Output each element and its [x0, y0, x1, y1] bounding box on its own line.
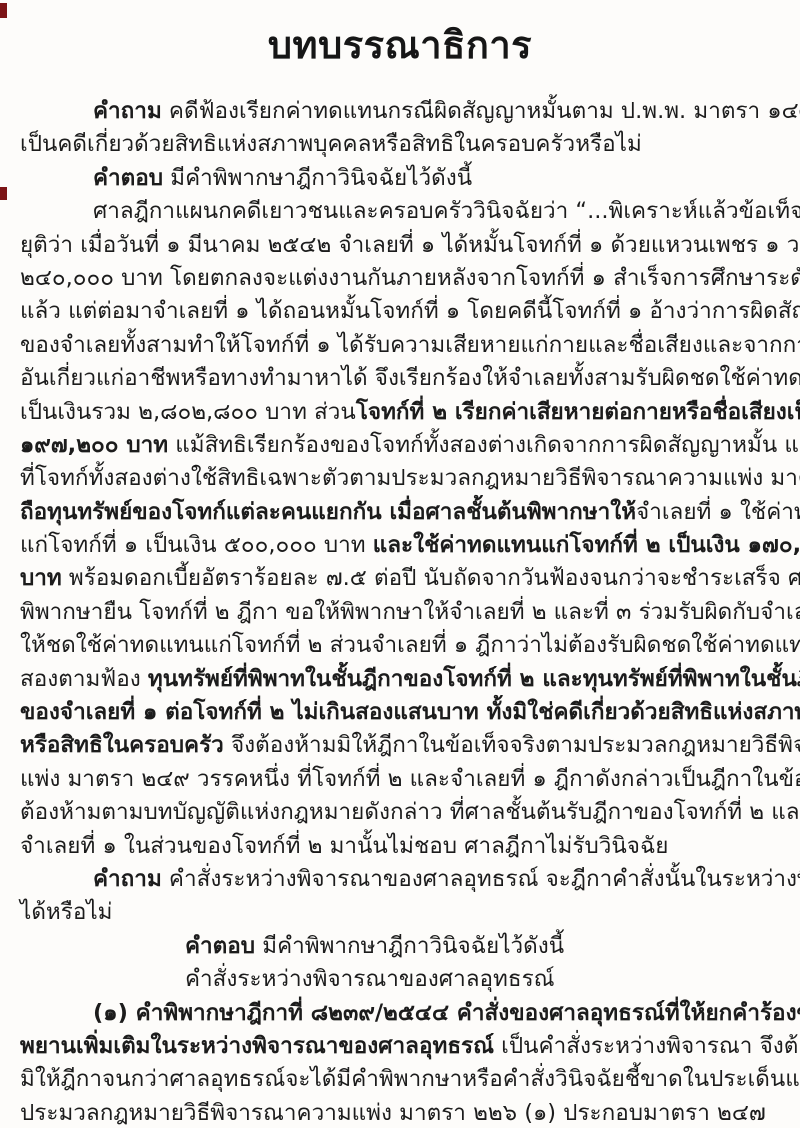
text-line: พยานเพิ่มเติมในระหว่างพิจารณาของศาลอุทธร…: [20, 1030, 786, 1063]
text-line: ประมวลกฎหมายวิธีพิจารณาความแพ่ง มาตรา ๒๒…: [20, 1097, 786, 1128]
text-line: ของจำเลยทั้งสามทำให้โจทก์ที่ ๑ ได้รับควา…: [20, 329, 786, 362]
bold-text-segment: คำถาม: [93, 866, 162, 892]
text-segment: เป็นเงินรวม ๒,๘๐๒,๘๐๐ บาท ส่วน: [20, 399, 356, 425]
text-line: มิให้ฎีกาจนกว่าศาลอุทธรณ์จะได้มีคำพิพากษ…: [20, 1063, 786, 1096]
text-line: เป็นเงินรวม ๒,๘๐๒,๘๐๐ บาท ส่วนโจทก์ที่ ๒…: [20, 396, 786, 429]
text-segment: แม้สิทธิเรียกร้องของโจทก์ทั้งสองต่างเกิด…: [168, 432, 800, 458]
text-line: (๑) คำพิพากษาฎีกาที่ ๘๒๓๙/๒๕๔๔ คำสั่งของ…: [20, 997, 786, 1030]
text-segment: มีคำพิพากษาฎีกาวินิจฉัยไว้ดังนี้: [163, 165, 472, 191]
text-line: ๑๙๗,๒๐๐ บาท แม้สิทธิเรียกร้องของโจทก์ทั้…: [20, 429, 786, 462]
bold-text-segment: คำตอบ: [93, 165, 163, 191]
text-segment: แก่โจทก์ที่ ๑ เป็นเงิน ๕๐๐,๐๐๐ บาท: [20, 532, 373, 558]
text-segment: ศาลฎีกาแผนกคดีเยาวชนและครอบครัววินิจฉัยว…: [93, 198, 800, 224]
text-segment: มีคำพิพากษาฎีกาวินิจฉัยไว้ดังนี้: [255, 933, 564, 959]
text-segment: ที่โจทก์ทั้งสองต่างใช้สิทธิเฉพาะตัวตามปร…: [20, 465, 800, 491]
text-line: ของจำเลยที่ ๑ ต่อโจทก์ที่ ๒ ไม่เกินสองแส…: [20, 696, 786, 729]
bold-text-segment: และใช้ค่าทดแทนแก่โจทก์ที่ ๒ เป็นเงิน ๑๗๐…: [373, 532, 800, 558]
text-line: คำถาม คำสั่งระหว่างพิจารณาของศาลอุทธรณ์ …: [20, 863, 786, 896]
text-line: ได้หรือไม่: [20, 896, 786, 929]
bold-text-segment: พยานเพิ่มเติมในระหว่างพิจารณาของศาลอุทธร…: [20, 1033, 494, 1059]
text-line: แล้ว แต่ต่อมาจำเลยที่ ๑ ได้ถอนหมั้นโจทก์…: [20, 295, 786, 328]
text-line: แก่โจทก์ที่ ๑ เป็นเงิน ๕๐๐,๐๐๐ บาท และใช…: [20, 529, 786, 562]
text-line: พิพากษายืน โจทก์ที่ ๒ ฎีกา ขอให้พิพากษาใ…: [20, 596, 786, 629]
text-line: ๒๔๐,๐๐๐ บาท โดยตกลงจะแต่งงานกันภายหลังจา…: [20, 262, 786, 295]
bold-text-segment: โจทก์ที่ ๒ เรียกค่าเสียหายต่อกายหรือชื่อ…: [356, 399, 800, 425]
bold-text-segment: ของจำเลยที่ ๑ ต่อโจทก์ที่ ๒ ไม่เกินสองแส…: [20, 699, 800, 725]
text-segment: ได้หรือไม่: [20, 899, 113, 925]
text-segment: จำเลยที่ ๑ ในส่วนของโจทก์ที่ ๒ มานั้นไม่…: [20, 833, 668, 859]
text-line: ยุติว่า เมื่อวันที่ ๑ มีนาคม ๒๕๔๒ จำเลยท…: [20, 229, 786, 262]
text-segment: ยุติว่า เมื่อวันที่ ๑ มีนาคม ๒๕๔๒ จำเลยท…: [20, 232, 800, 258]
text-line: ถือทุนทรัพย์ของโจทก์แต่ละคนแยกกัน เมื่อศ…: [20, 496, 786, 529]
text-line: ให้ชดใช้ค่าทดแทนแก่โจทก์ที่ ๒ ส่วนจำเลยท…: [20, 629, 786, 662]
bold-text-segment: บาท: [20, 565, 62, 591]
red-edge-mark-second: [0, 187, 7, 200]
text-segment: ของจำเลยทั้งสามทำให้โจทก์ที่ ๑ ได้รับควา…: [20, 332, 800, 358]
text-segment: สองตามฟ้อง: [20, 666, 148, 692]
text-segment: ๒๔๐,๐๐๐ บาท โดยตกลงจะแต่งงานกันภายหลังจา…: [20, 265, 800, 291]
text-line: สองตามฟ้อง ทุนทรัพย์ที่พิพาทในชั้นฎีกาขอ…: [20, 663, 786, 696]
text-line: บาท พร้อมดอกเบี้ยอัตราร้อยละ ๗.๕ ต่อปี น…: [20, 562, 786, 595]
text-line: จำเลยที่ ๑ ในส่วนของโจทก์ที่ ๒ มานั้นไม่…: [20, 830, 786, 863]
text-segment: จำเลยที่ ๑ ใช้ค่าทดแทน: [636, 499, 800, 525]
bold-text-segment: ทุนทรัพย์ที่พิพาทในชั้นฎีกาของโจทก์ที่ ๒…: [148, 666, 800, 692]
text-segment: แล้ว แต่ต่อมาจำเลยที่ ๑ ได้ถอนหมั้นโจทก์…: [20, 298, 800, 324]
text-segment: ประมวลกฎหมายวิธีพิจารณาความแพ่ง มาตรา ๒๒…: [20, 1100, 766, 1126]
text-line: อันเกี่ยวแก่อาชีพหรือทางทำมาหาได้ จึงเรี…: [20, 362, 786, 395]
page-title: บทบรรณาธิการ: [0, 14, 800, 75]
text-segment: พร้อมดอกเบี้ยอัตราร้อยละ ๗.๕ ต่อปี นับถั…: [62, 565, 800, 591]
text-segment: อันเกี่ยวแก่อาชีพหรือทางทำมาหาได้ จึงเรี…: [20, 365, 800, 391]
text-line: ที่โจทก์ทั้งสองต่างใช้สิทธิเฉพาะตัวตามปร…: [20, 462, 786, 495]
text-line: คำตอบ มีคำพิพากษาฎีกาวินิจฉัยไว้ดังนี้: [20, 162, 786, 195]
text-segment: พิพากษายืน โจทก์ที่ ๒ ฎีกา ขอให้พิพากษาใ…: [20, 599, 800, 625]
text-line: เป็นคดีเกี่ยวด้วยสิทธิแห่งสภาพบุคคลหรือส…: [20, 128, 786, 161]
text-line: ต้องห้ามตามบทบัญญัติแห่งกฎหมายดังกล่าว ท…: [20, 796, 786, 829]
text-segment: เป็นคำสั่งระหว่างพิจารณา จึงต้องห้าม: [494, 1033, 800, 1059]
text-line: คำสั่งระหว่างพิจารณาของศาลอุทธรณ์: [20, 963, 786, 996]
bold-text-segment: ๑๙๗,๒๐๐ บาท: [20, 432, 168, 458]
text-line: หรือสิทธิในครอบครัว จึงต้องห้ามมิให้ฎีกา…: [20, 729, 786, 762]
text-segment: คดีฟ้องเรียกค่าทดแทนกรณีผิดสัญญาหมั้นตาม…: [162, 98, 800, 124]
text-segment: ให้ชดใช้ค่าทดแทนแก่โจทก์ที่ ๒ ส่วนจำเลยท…: [20, 632, 800, 658]
text-segment: แพ่ง มาตรา ๒๔๙ วรรคหนึ่ง ที่โจทก์ที่ ๒ แ…: [20, 766, 800, 792]
bold-text-segment: (๑) คำพิพากษาฎีกาที่ ๘๒๓๙/๒๕๔๔ คำสั่งของ…: [93, 1000, 800, 1026]
text-segment: จึงต้องห้ามมิให้ฎีกาในข้อเท็จจริงตามประม…: [224, 732, 800, 758]
text-segment: เป็นคดีเกี่ยวด้วยสิทธิแห่งสภาพบุคคลหรือส…: [20, 131, 642, 157]
text-segment: ต้องห้ามตามบทบัญญัติแห่งกฎหมายดังกล่าว ท…: [20, 799, 800, 825]
text-line: แพ่ง มาตรา ๒๔๙ วรรคหนึ่ง ที่โจทก์ที่ ๒ แ…: [20, 763, 786, 796]
text-segment: คำสั่งระหว่างพิจารณาของศาลอุทธรณ์: [185, 966, 555, 992]
bold-text-segment: หรือสิทธิในครอบครัว: [20, 732, 224, 758]
text-segment: คำสั่งระหว่างพิจารณาของศาลอุทธรณ์ จะฎีกา…: [162, 866, 800, 892]
bold-text-segment: ถือทุนทรัพย์ของโจทก์แต่ละคนแยกกัน เมื่อศ…: [20, 499, 636, 525]
bold-text-segment: คำถาม: [93, 98, 162, 124]
text-line: คำถาม คดีฟ้องเรียกค่าทดแทนกรณีผิดสัญญาหม…: [20, 95, 786, 128]
document-body: คำถาม คดีฟ้องเรียกค่าทดแทนกรณีผิดสัญญาหม…: [20, 95, 786, 1128]
scanned-document-page: บทบรรณาธิการ คำถาม คดีฟ้องเรียกค่าทดแทนก…: [0, 0, 800, 1128]
text-segment: มิให้ฎีกาจนกว่าศาลอุทธรณ์จะได้มีคำพิพากษ…: [20, 1066, 800, 1092]
bold-text-segment: คำตอบ: [185, 933, 255, 959]
text-line: คำตอบ มีคำพิพากษาฎีกาวินิจฉัยไว้ดังนี้: [20, 930, 786, 963]
text-line: ศาลฎีกาแผนกคดีเยาวชนและครอบครัววินิจฉัยว…: [20, 195, 786, 228]
